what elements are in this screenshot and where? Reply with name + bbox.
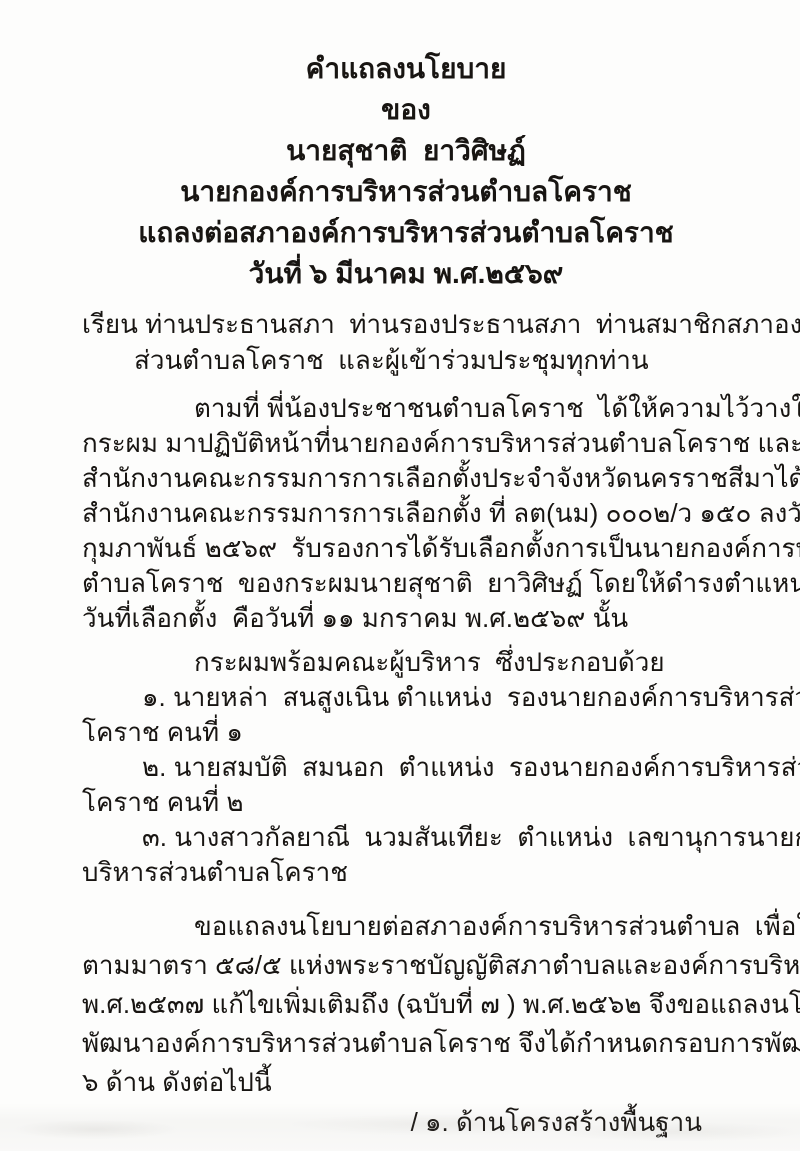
list-item-continuation: โคราช คนที่ ๑ bbox=[82, 715, 730, 750]
scanned-document-page: คำแถลงนโยบาย ของ นายสุชาติ ยาวิศิษฏ์ นาย… bbox=[0, 0, 800, 1151]
body-line: พ.ศ.๒๕๓๗ แก้ไขเพิ่มเติมถึง (ฉบับที่ ๗ ) … bbox=[82, 985, 730, 1024]
salutation-line: เรียน ท่านประธานสภา ท่านรองประธานสภา ท่า… bbox=[82, 306, 730, 342]
body-line: พัฒนาองค์การบริหารส่วนตำบลโคราช จึงได้กำ… bbox=[82, 1024, 730, 1063]
title-of-line: ของ bbox=[82, 89, 730, 130]
paragraph-election-background: ตามที่ พี่น้องประชาชนตำบลโคราช ได้ให้ควา… bbox=[82, 391, 730, 636]
list-item: ๑. นายหล่า สนสูงเนิน ตำแหน่ง รองนายกองค์… bbox=[82, 680, 730, 715]
paragraph-policy-declaration: ขอแถลงนโยบายต่อสภาองค์การบริหารส่วนตำบล … bbox=[82, 907, 730, 1102]
body-line: กระผมพร้อมคณะผู้บริหาร ซึ่งประกอบด้วย bbox=[82, 645, 730, 680]
body-line: ตามที่ พี่น้องประชาชนตำบลโคราช ได้ให้ควา… bbox=[82, 391, 730, 426]
body-line: ตำบลโคราช ของกระผมนายสุชาติ ยาวิศิษฏ์ โด… bbox=[82, 566, 730, 601]
list-item-continuation: บริหารส่วนตำบลโคราช bbox=[82, 855, 730, 890]
list-item-continuation: โคราช คนที่ ๒ bbox=[82, 785, 730, 820]
paragraph-executive-team: กระผมพร้อมคณะผู้บริหาร ซึ่งประกอบด้วย ๑.… bbox=[82, 645, 730, 890]
body-line: ขอแถลงนโยบายต่อสภาองค์การบริหารส่วนตำบล … bbox=[82, 907, 730, 946]
title-declared-to: แถลงต่อสภาองค์การบริหารส่วนตำบลโคราช bbox=[82, 212, 730, 253]
salutation-block: เรียน ท่านประธานสภา ท่านรองประธานสภา ท่า… bbox=[82, 306, 730, 378]
title-author-position: นายกองค์การบริหารส่วนตำบลโคราช bbox=[82, 171, 730, 212]
body-line: กระผม มาปฏิบัติหน้าที่นายกองค์การบริหารส… bbox=[82, 426, 730, 461]
body-line: ๖ ด้าน ดังต่อไปนี้ bbox=[82, 1063, 730, 1102]
title-date: วันที่ ๖ มีนาคม พ.ศ.๒๕๖๙ bbox=[82, 253, 730, 294]
salutation-line: ส่วนตำบลโคราช และผู้เข้าร่วมประชุมทุกท่า… bbox=[82, 342, 730, 378]
body-line: ตามมาตรา ๕๘/๕ แห่งพระราชบัญญัติสภาตำบลแล… bbox=[82, 946, 730, 985]
body-line: สำนักงานคณะกรรมการการเลือกตั้งประจำจังหว… bbox=[82, 461, 730, 496]
list-item: ๒. นายสมบัติ สมนอก ตำแหน่ง รองนายกองค์กา… bbox=[82, 750, 730, 785]
body-line: กุมภาพันธ์ ๒๕๖๙ รับรองการได้รับเลือกตั้ง… bbox=[82, 531, 730, 566]
list-item: ๓. นางสาวกัลยาณี นวมสันเทียะ ตำแหน่ง เลข… bbox=[82, 820, 730, 855]
body-line: วันที่เลือกตั้ง คือวันที่ ๑๑ มกราคม พ.ศ.… bbox=[82, 601, 730, 636]
title-author-name: นายสุชาติ ยาวิศิษฏ์ bbox=[82, 130, 730, 171]
document-content: คำแถลงนโยบาย ของ นายสุชาติ ยาวิศิษฏ์ นาย… bbox=[0, 0, 800, 1140]
document-title-block: คำแถลงนโยบาย ของ นายสุชาติ ยาวิศิษฏ์ นาย… bbox=[82, 48, 730, 294]
next-page-continuation-marker: / ๑. ด้านโครงสร้างพื้นฐาน bbox=[82, 1104, 730, 1140]
body-line: สำนักงานคณะกรรมการการเลือกตั้ง ที่ ลต(นม… bbox=[82, 496, 730, 531]
document-title: คำแถลงนโยบาย bbox=[82, 48, 730, 89]
